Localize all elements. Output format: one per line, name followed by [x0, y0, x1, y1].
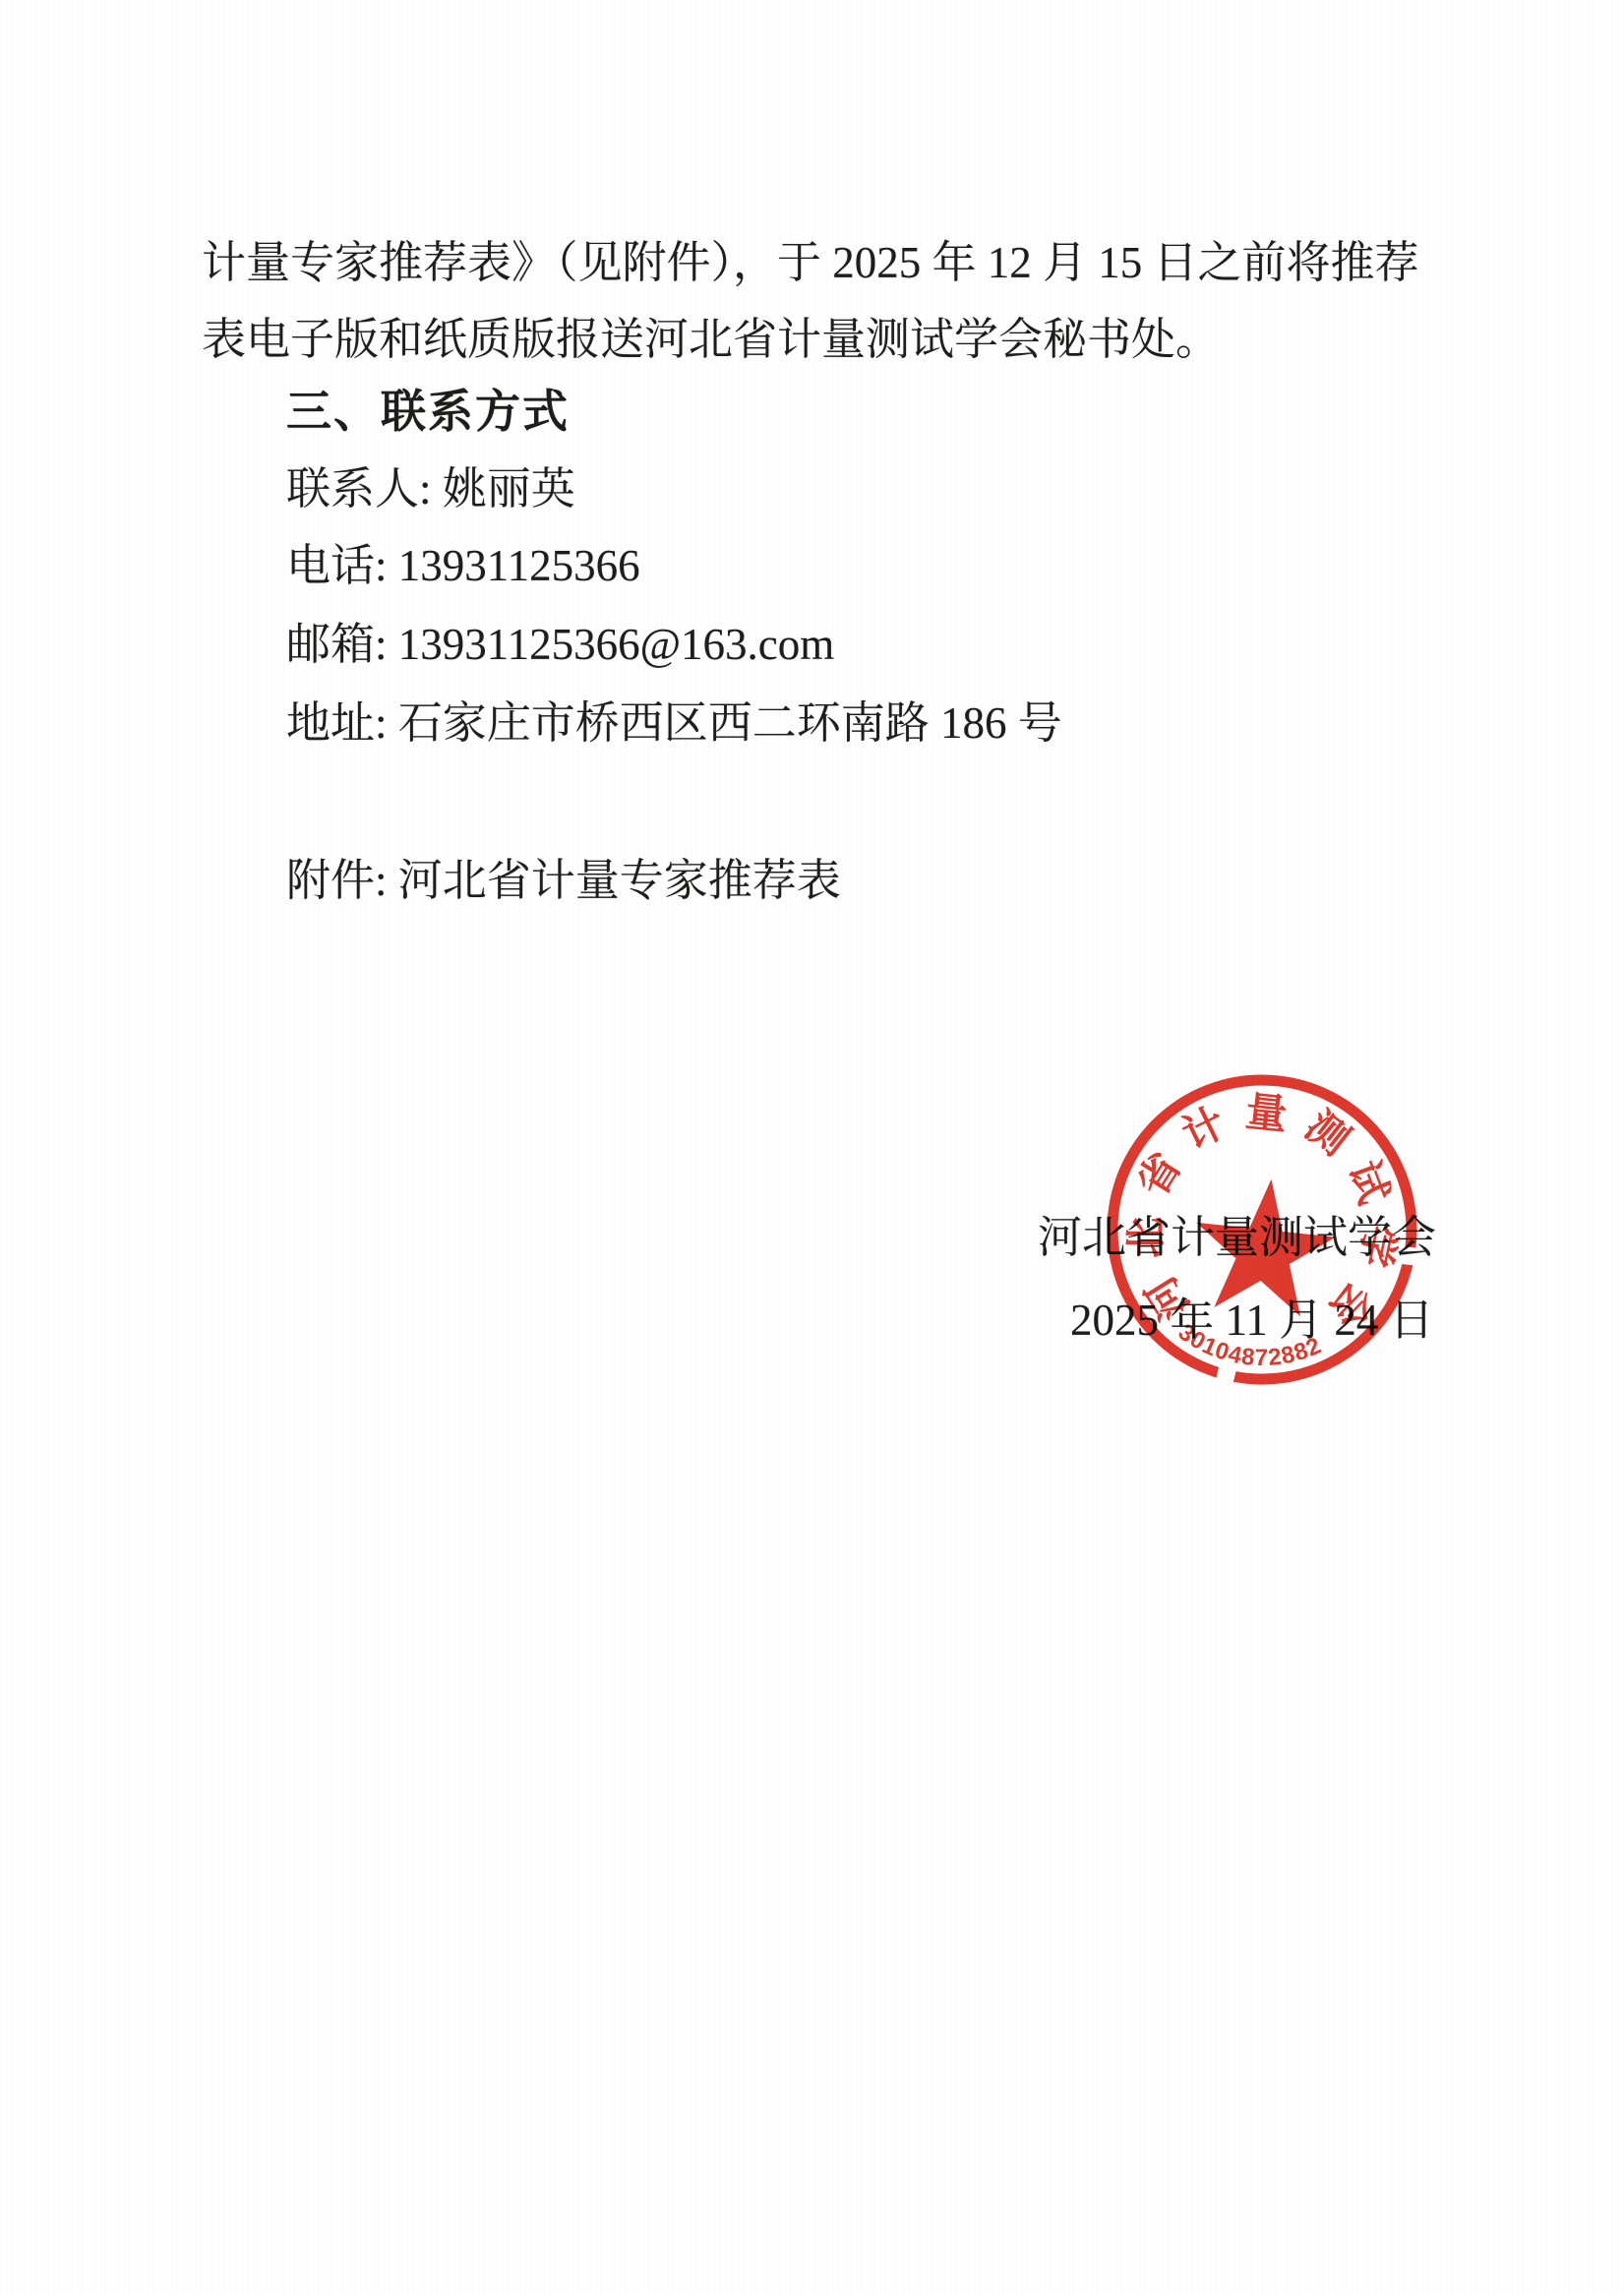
attachment-line: 附件: 河北省计量专家推荐表 — [286, 858, 841, 904]
body-paragraph-line-2: 表电子版和纸质版报送河北省计量测试学会秘书处。 — [202, 317, 1220, 363]
document-page: 计量专家推荐表》（见附件），于 2025 年 12 月 15 日之前将推荐 表电… — [0, 0, 1624, 2294]
contact-phone-line: 电话: 13931125366 — [286, 543, 640, 589]
official-seal: 河北省计量测试学会 1301048728827 — [1089, 1056, 1435, 1403]
section-heading: 三、联系方式 — [286, 388, 570, 435]
seal-ring-gap-right — [1397, 1246, 1419, 1266]
seal-star-icon — [1187, 1172, 1341, 1319]
contact-email-line: 邮箱: 13931125366@163.com — [286, 622, 834, 668]
contact-address-line: 地址: 石家庄市桥西区西二环南路 186 号 — [286, 700, 1062, 747]
body-paragraph-line-1: 计量专家推荐表》（见附件），于 2025 年 12 月 15 日之前将推荐 — [202, 240, 1419, 286]
contact-person-line: 联系人: 姚丽英 — [286, 466, 575, 513]
